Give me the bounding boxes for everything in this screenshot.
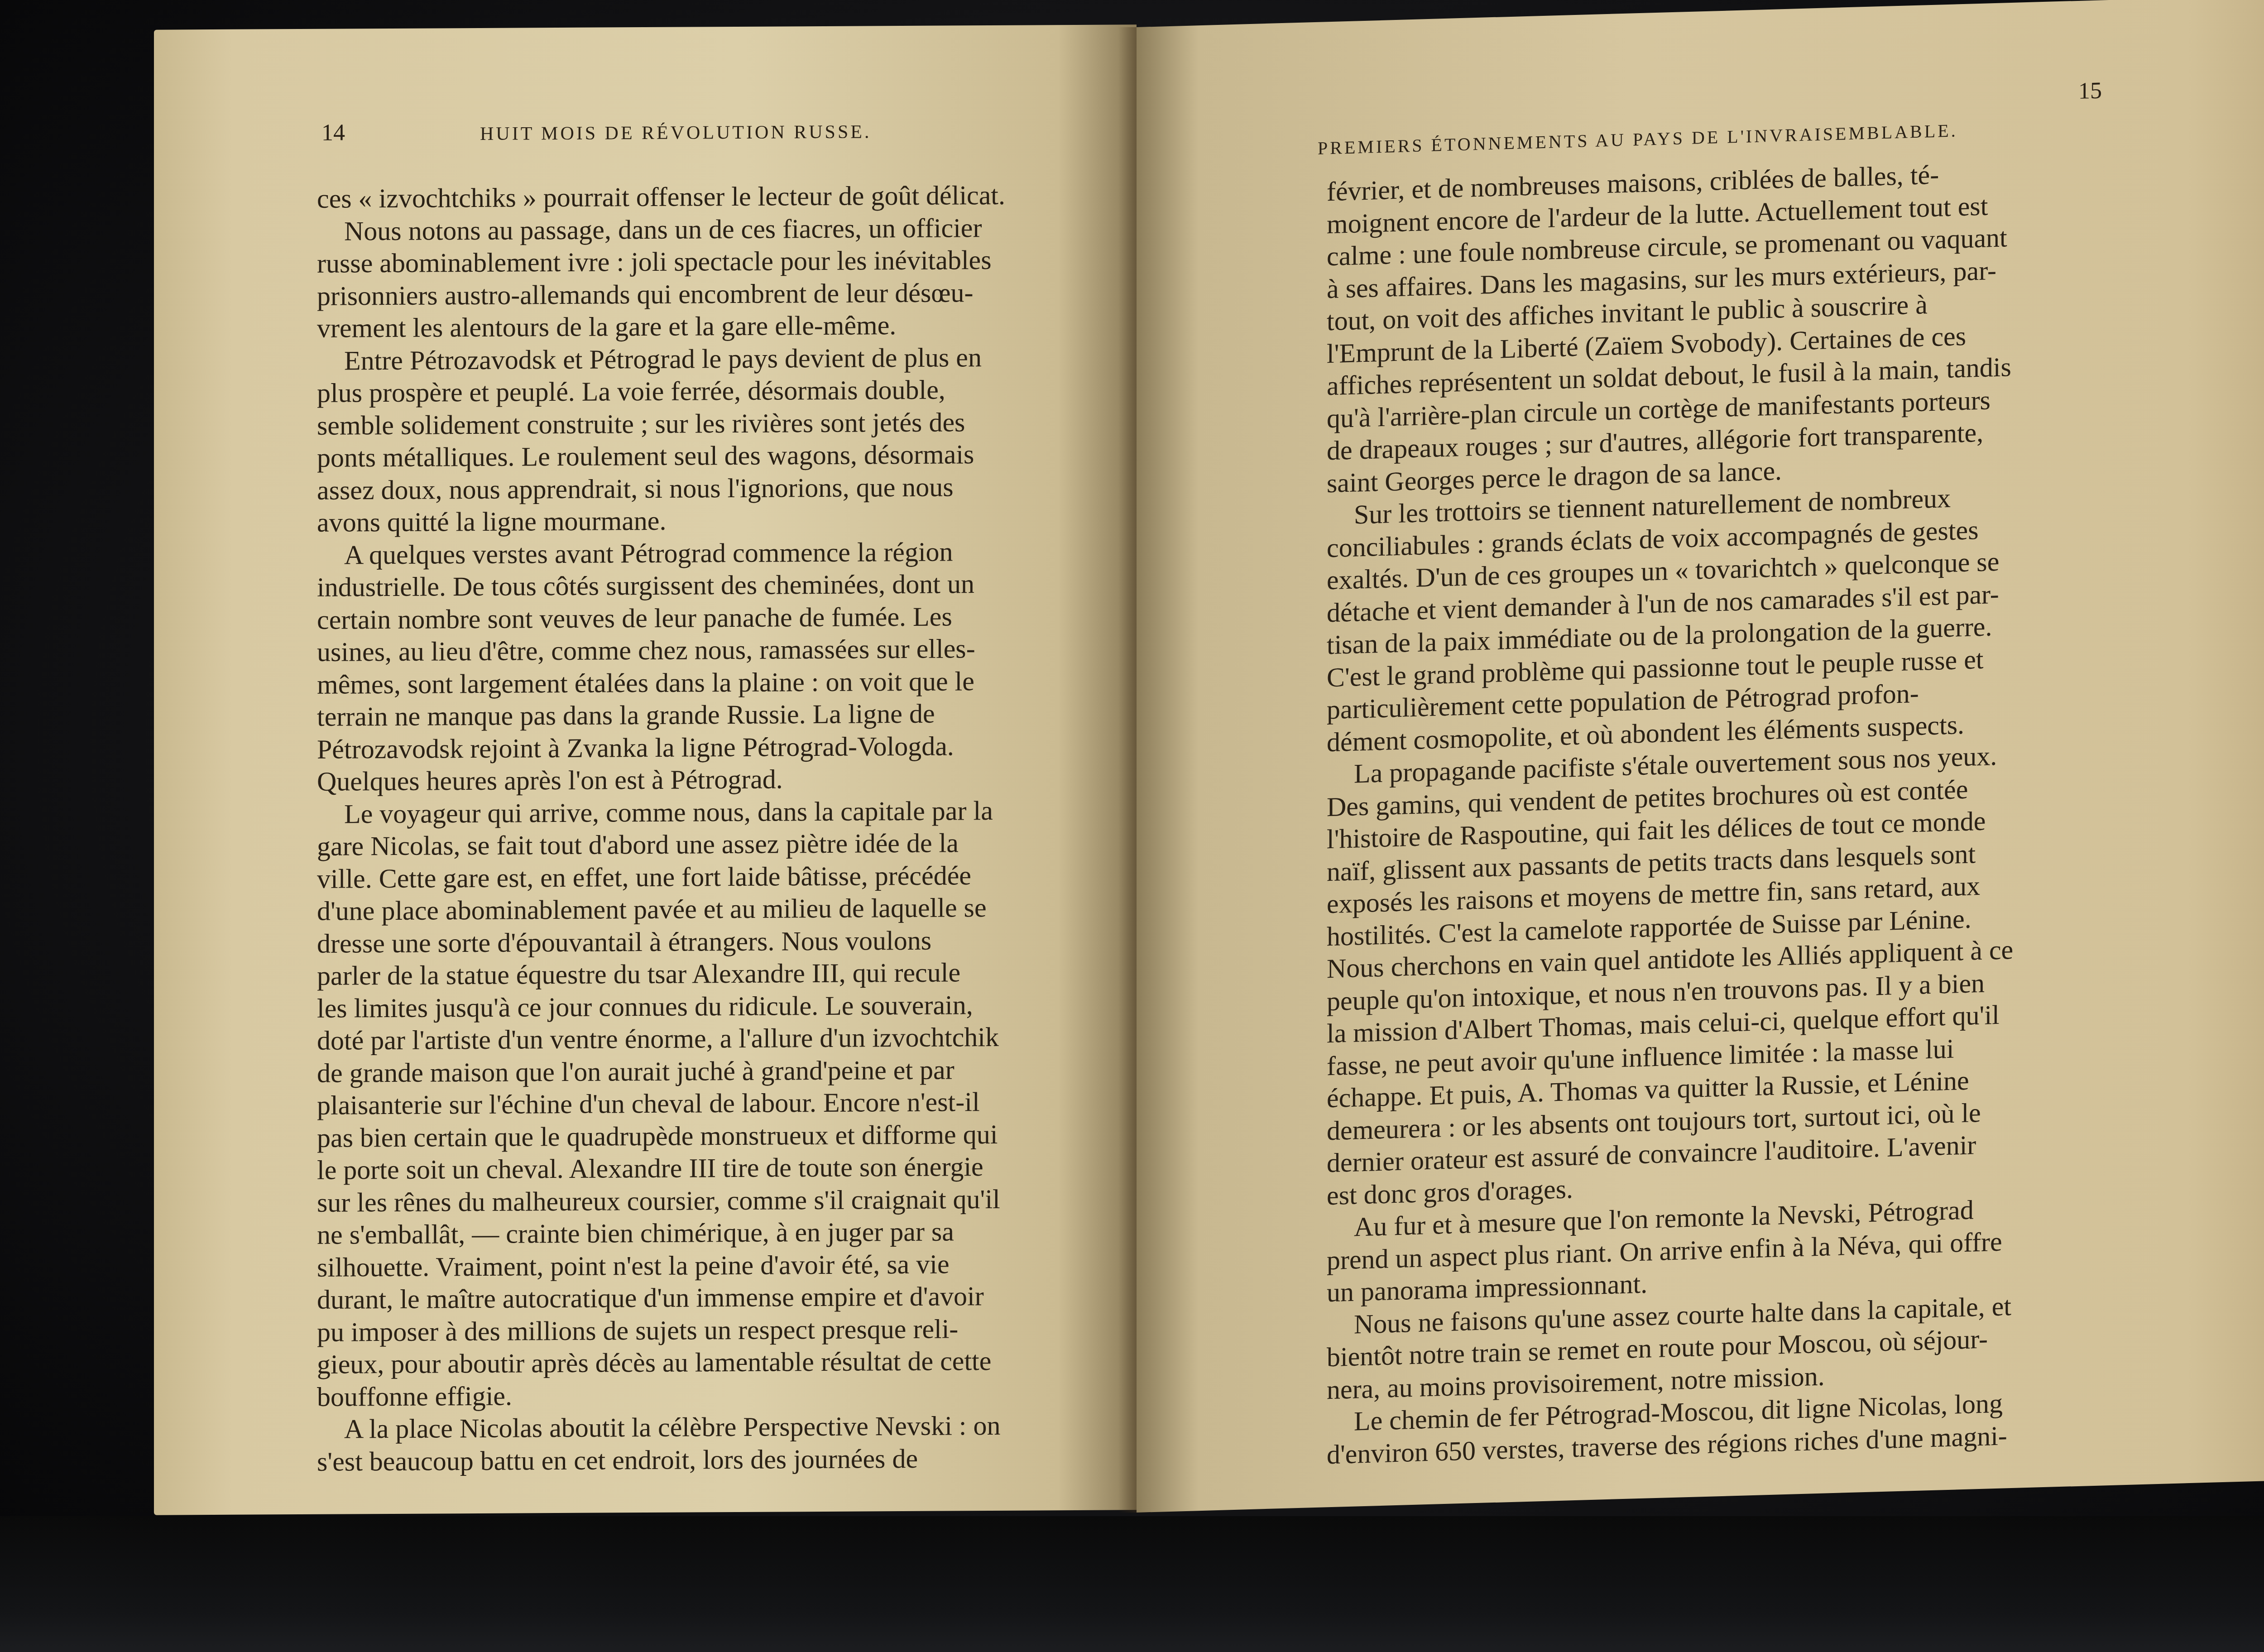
text-line: plaisanterie sur l'échine d'un cheval de… [317,1085,1204,1122]
text-line: bouffonne effigie. [317,1376,1204,1413]
text-line: doté par l'artiste d'un ventre énorme, a… [317,1020,1204,1057]
text-line: d'une place abominablement pavée et au m… [317,891,1204,928]
body-text: ces « izvochtchiks » pourrait offenser l… [317,178,1204,1478]
text-line: gieux, pour aboutir après décès au lamen… [317,1344,1204,1381]
text-line: de grande maison que l'on aurait juché à… [317,1052,1204,1090]
text-line: dresse une sorte d'épouvantail à étrange… [317,923,1204,960]
text-line: avons quitté la ligne mourmane. [317,502,1204,539]
text-line: s'est beaucoup battu en cet endroit, lor… [317,1441,1204,1478]
text-line: assez doux, nous apprendrait, si nous l'… [317,470,1204,507]
text-line: durant, le maître autocratique d'un imme… [317,1279,1204,1316]
page-number: 14 [321,119,345,146]
text-line: pas bien certain que le quadrupède monst… [317,1117,1204,1154]
page-number: 15 [2078,77,2102,104]
text-line: semble solidement construite ; sur les r… [317,405,1204,442]
text-line: certain nombre sont veuves de leur panac… [317,599,1204,636]
text-line: usines, au lieu d'être, comme chez nous,… [317,632,1204,669]
text-line: Nous notons au passage, dans un de ces f… [317,211,1204,248]
text-line: Pétrozavodsk rejoint à Zvanka la ligne P… [317,729,1204,766]
text-line: vrement les alentours de la gare et la g… [317,308,1204,345]
text-line: pu imposer à des millions de sujets un r… [317,1311,1204,1349]
text-line: sur les rênes du malheureux coursier, co… [317,1182,1204,1219]
running-head: PREMIERS ÉTONNEMENTS AU PAYS DE L'INVRAI… [1318,120,1958,158]
right-page: PREMIERS ÉTONNEMENTS AU PAYS DE L'INVRAI… [1137,0,2264,1513]
text-line: ces « izvochtchiks » pourrait offenser l… [317,178,1204,216]
text-line: industrielle. De tous côtés surgissent d… [317,567,1204,604]
text-line: le porte soit un cheval. Alexandre III t… [317,1150,1204,1187]
text-line: mêmes, sont largement étalées dans la pl… [317,664,1204,701]
text-line: Entre Pétrozavodsk et Pétrograd le pays … [317,340,1204,377]
text-line: A la place Nicolas aboutit la célèbre Pe… [317,1409,1204,1446]
body-text: février, et de nombreuses maisons, cribl… [1327,151,2219,1471]
text-line: Le voyageur qui arrive, comme nous, dans… [317,793,1204,831]
text-line: Quelques heures après l'on est à Pétrogr… [317,761,1204,798]
running-head: HUIT MOIS DE RÉVOLUTION RUSSE. [480,121,871,145]
text-line: russe abominablement ivre : joli spectac… [317,243,1204,280]
text-line: ponts métalliques. Le roulement seul des… [317,437,1204,475]
text-line: gare Nicolas, se fait tout d'abord une a… [317,826,1204,863]
text-line: ville. Cette gare est, en effet, une for… [317,858,1204,895]
left-page: 14 HUIT MOIS DE RÉVOLUTION RUSSE. ces « … [154,24,1137,1515]
display-case-floor [0,1516,2264,1652]
open-book: 14 HUIT MOIS DE RÉVOLUTION RUSSE. ces « … [154,27,2264,1513]
text-line: terrain ne manque pas dans la grande Rus… [317,696,1204,734]
text-line: prisonniers austro-allemands qui encombr… [317,275,1204,312]
text-line: ne s'emballât, — crainte bien chimérique… [317,1215,1204,1252]
text-line: silhouette. Vraiment, point n'est la pei… [317,1247,1204,1284]
text-line: A quelques verstes avant Pétrograd comme… [317,534,1204,571]
text-line: les limites jusqu'à ce jour connues du r… [317,988,1204,1025]
text-line: plus prospère et peuplé. La voie ferrée,… [317,373,1204,410]
text-line: parler de la statue équestre du tsar Ale… [317,956,1204,993]
